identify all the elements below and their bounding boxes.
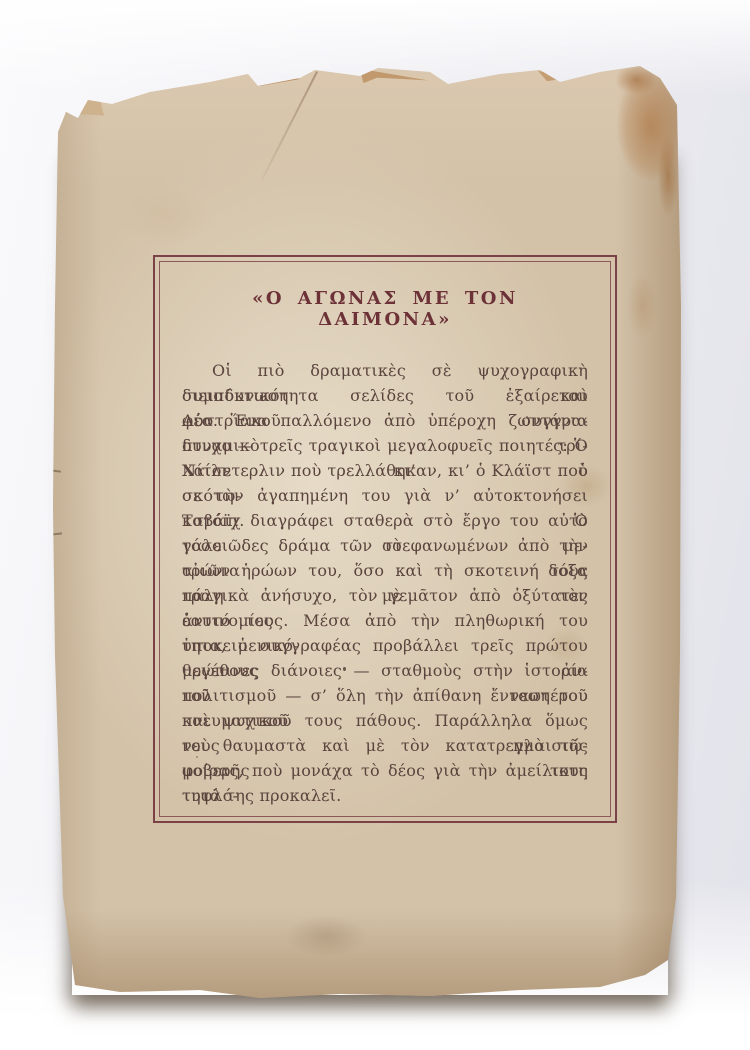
decorative-frame-outer: «Ο ΑΓΩΝΑΣ ΜΕ ΤΟΝ ΔΑΙΜΟΝΑ» Οἱ πιὸ δραματι… <box>153 255 617 823</box>
blurb-line: σε τὴν ἀγαπημένη του γιὰ ν’ αὐτοκτονήσει… <box>182 483 588 508</box>
book-title: «Ο ΑΓΩΝΑΣ ΜΕ ΤΟΝ ΔΑΙΜΟΝΑ» <box>182 288 588 330</box>
blurb-line: γαλειῶδες δράμα τῶν στεφανωμένων ἀπὸ τὴν… <box>182 533 588 558</box>
blurb-line: διεισδυτικότητα σελίδες τοῦ ἐξαίρετου Αὐ… <box>182 383 588 408</box>
blurb-line: τητά της προκαλεῖ. <box>182 783 588 808</box>
book-back-cover: «Ο ΑΓΩΝΑΣ ΜΕ ΤΟΝ ΔΑΙΜΟΝΑ» Οἱ πιὸ δραματι… <box>46 56 686 1004</box>
blurb-line: πολιτισμοῦ — σ’ ὅλη τὴν ἀπίθανη ἔνταση τ… <box>182 683 588 708</box>
blurb-line: Χαίλντερλιν ποὺ τρελλάθηκαν, κι’ ὁ Κλάϊσ… <box>182 458 588 483</box>
blurb-line: μοίρας, ποὺ μονάχα τὸ δέος γιὰ τὴν ἀμείλ… <box>182 758 588 783</box>
blurb-line: τραγικὰ ἀνήσυχο, τὸν γεμᾶτον ἀπὸ ὀξύτατε… <box>182 583 588 608</box>
torn-paper-flap <box>538 68 568 82</box>
blurb-line: τριῶν ἡρώων του, ὅσο καὶ τὴ σκοτεινή του… <box>182 558 588 583</box>
cover-text-block: «Ο ΑΓΩΝΑΣ ΜΕ ΤΟΝ ΔΑΙΜΟΝΑ» Οἱ πιὸ δραματι… <box>160 262 610 816</box>
blurb-line: ἑαυτό τους. Μέσα ἀπὸ τὴν πληθωρική του ὑ… <box>182 608 588 633</box>
paper-crease <box>261 71 318 181</box>
edge-nick <box>51 532 62 535</box>
blurb-line: τητα, ὁ συγγραφέας προβάλλει τρεῖς πρώτο… <box>182 633 588 658</box>
edge-nick <box>51 469 61 472</box>
blurb-line: πτυχο — τρεῖς τραγικοὶ μεγαλοφυεῖς ποιητ… <box>182 433 588 458</box>
blurb-line: καὶ ψυχικοῦ τους πάθους. Παράλληλα ὅμως … <box>182 708 588 733</box>
blurb-line: θρώπινες διάνοιες — σταθμοὺς στὴν ἱστορί… <box>182 658 588 683</box>
photo-background: «Ο ΑΓΩΝΑΣ ΜΕ ΤΟΝ ΔΑΙΜΟΝΑ» Οἱ πιὸ δραματι… <box>0 0 750 1050</box>
blurb-text: Οἱ πιὸ δραματικὲς σὲ ψυχογραφικὴ συμπύκν… <box>182 358 588 808</box>
blurb-line: Οἱ πιὸ δραματικὲς σὲ ψυχογραφικὴ συμπύκν… <box>182 358 588 383</box>
blurb-line: νει θαυμαστὰ καὶ μὲ τὸν κατατρεγμὸ τῆς φ… <box>182 733 588 758</box>
torn-paper-flap <box>360 66 428 84</box>
blurb-line: φέα. Ἕνα παλλόμενο ἀπὸ ὑπέροχη ζωντάνια … <box>182 408 588 433</box>
torn-paper-flap <box>250 68 300 88</box>
torn-paper-corner <box>58 94 104 118</box>
blurb-line: Τσβάϊχ διαγράφει σταθερὰ στὸ ἔργο του αὐ… <box>182 508 588 533</box>
